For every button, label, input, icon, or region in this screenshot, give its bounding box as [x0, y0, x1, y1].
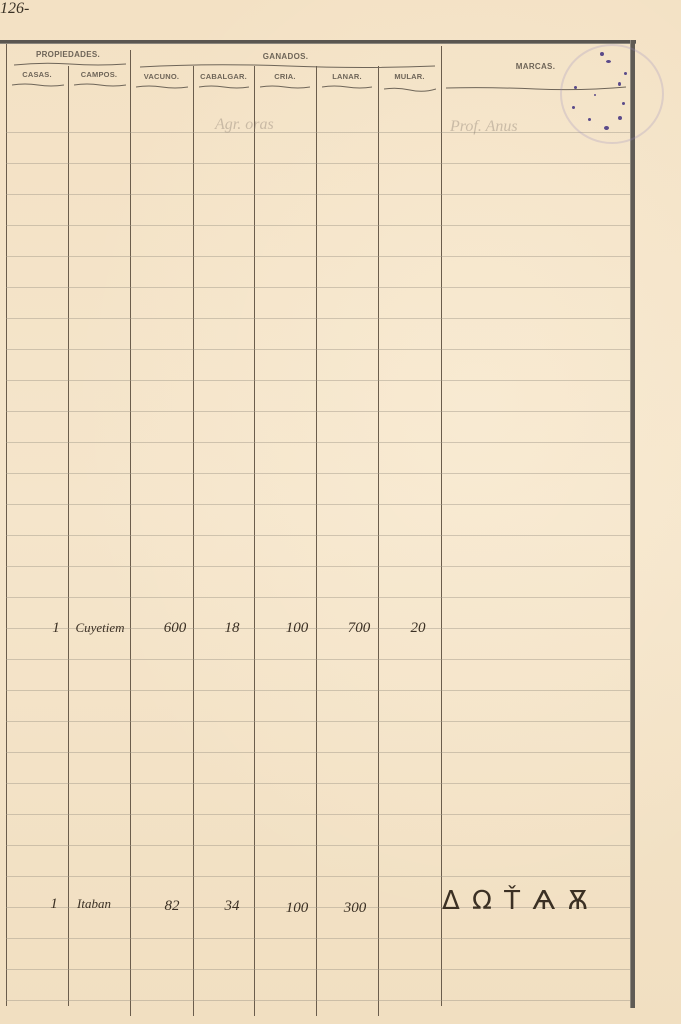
header-campos: CAMPOS.	[68, 70, 130, 79]
header-mular: MULAR.	[378, 72, 441, 81]
row-rule	[6, 411, 630, 412]
header-vacuno: VACUNO.	[130, 72, 193, 81]
cell-vacuno: 82	[150, 898, 194, 915]
row-rule	[6, 287, 630, 288]
cell-cria: 100	[272, 620, 322, 637]
column-divider	[254, 66, 255, 1016]
row-rule	[6, 721, 630, 722]
subheader-underline	[12, 82, 64, 88]
row-rule	[6, 132, 630, 133]
column-divider	[6, 44, 7, 1006]
header-casas: CASAS.	[6, 70, 68, 79]
subheader-underline	[74, 82, 126, 88]
row-rule	[6, 876, 630, 877]
row-rule	[6, 349, 630, 350]
subheader-underline	[260, 84, 310, 90]
cell-campos: Cuyetiem	[70, 620, 130, 636]
row-rule	[6, 566, 630, 567]
header-lanar: LANAR.	[316, 72, 378, 81]
ledger-page: 126- PROPIEDADES. CASAS. CAMPOS. GANADOS…	[0, 0, 681, 1024]
row-rule	[6, 225, 630, 226]
row-rule	[6, 783, 630, 784]
cell-cria: 100	[272, 900, 322, 917]
row-rule	[6, 473, 630, 474]
cattle-brand-marks: Δ Ω Ť Ѧ Ѫ	[442, 886, 590, 916]
header-propiedades: PROPIEDADES.	[6, 50, 130, 59]
right-border-rule	[630, 40, 635, 1008]
ink-stamp	[560, 44, 664, 144]
row-rule	[6, 659, 630, 660]
row-rule	[6, 194, 630, 195]
column-divider	[193, 66, 194, 1016]
row-rule	[6, 814, 630, 815]
column-divider	[378, 66, 379, 1016]
header-underline	[140, 63, 435, 69]
row-rule	[6, 535, 630, 536]
header-underline	[14, 61, 126, 67]
row-rule	[6, 163, 630, 164]
row-rule	[6, 1000, 630, 1001]
cell-campos: Itaban	[66, 896, 122, 912]
cell-cabalgar: 34	[212, 898, 252, 915]
column-divider	[316, 66, 317, 1016]
row-rule	[6, 504, 630, 505]
column-divider	[68, 66, 69, 1006]
subheader-underline	[136, 84, 188, 90]
row-rule	[6, 938, 630, 939]
top-border-rule	[0, 40, 636, 44]
cell-casas: 1	[46, 896, 62, 913]
subheader-underline	[322, 84, 372, 90]
row-rule	[6, 597, 630, 598]
faded-handwriting: Agr. oras	[215, 116, 274, 134]
row-rule	[6, 969, 630, 970]
row-rule	[6, 318, 630, 319]
row-rule	[6, 845, 630, 846]
cell-cabalgar: 18	[212, 620, 252, 637]
cell-mular: 20	[398, 620, 438, 637]
row-rule	[6, 256, 630, 257]
cell-lanar: 300	[330, 900, 380, 917]
faded-handwriting: Prof. Anus	[450, 118, 518, 136]
header-ganados: GANADOS.	[130, 52, 441, 61]
row-rule	[6, 380, 630, 381]
cell-vacuno: 600	[150, 620, 200, 637]
row-rule	[6, 752, 630, 753]
row-rule	[6, 442, 630, 443]
cell-casas: 1	[48, 620, 64, 637]
subheader-underline	[199, 84, 249, 90]
page-number: 126-	[0, 0, 29, 18]
header-cria: CRIA.	[254, 72, 316, 81]
cell-lanar: 700	[334, 620, 384, 637]
row-rule	[6, 690, 630, 691]
column-divider	[441, 46, 442, 1006]
header-cabalgar: CABALGAR.	[193, 72, 254, 81]
subheader-underline	[384, 86, 436, 92]
